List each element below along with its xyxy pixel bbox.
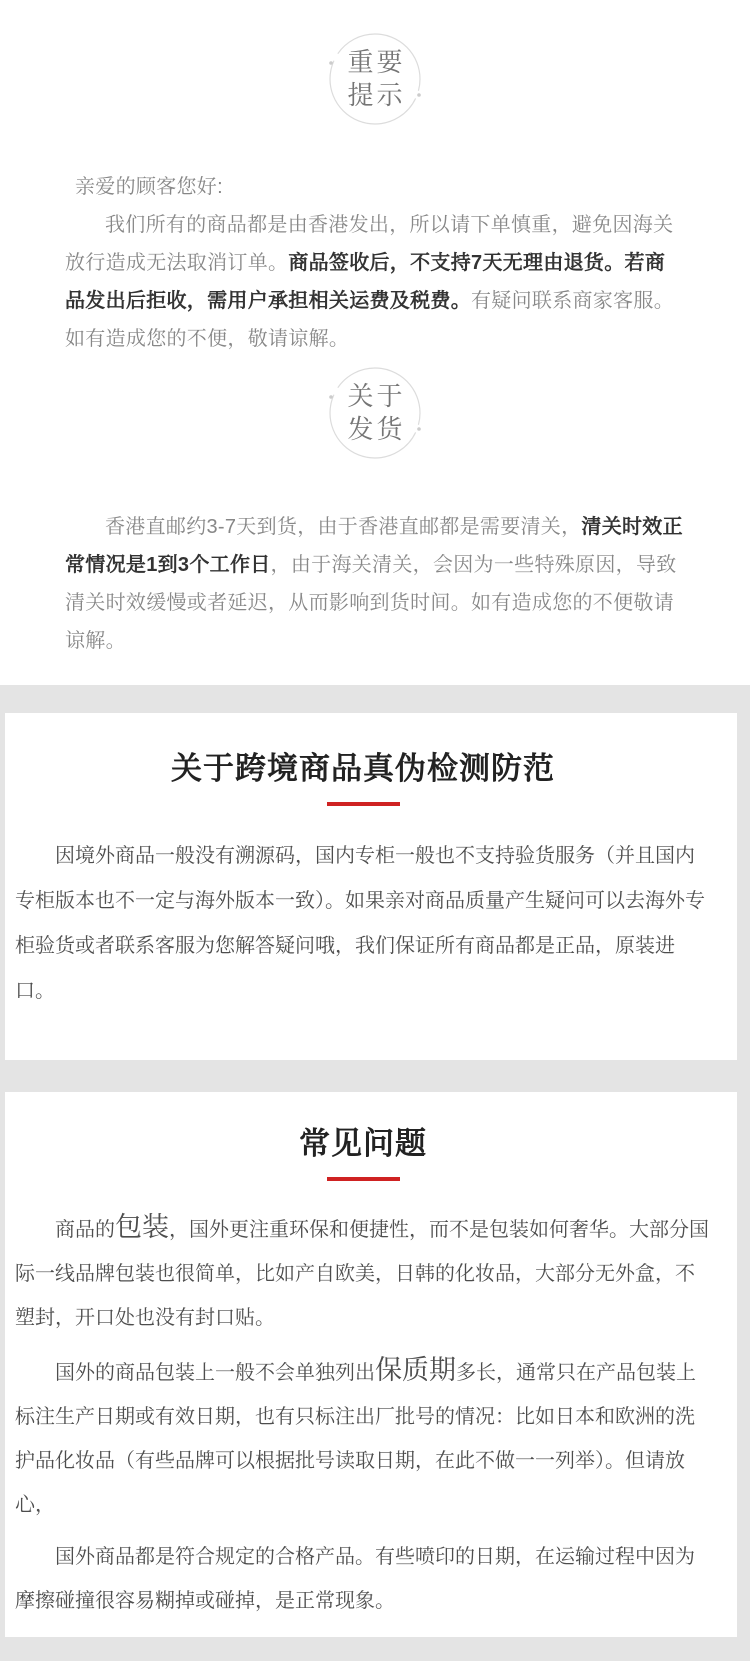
- important-notice-badge: 重要 提示: [326, 30, 424, 128]
- badge-line: 重要: [344, 46, 405, 79]
- faq-keyword-packaging: 包装: [115, 1212, 169, 1242]
- badge-label: 重要 提示: [326, 30, 424, 128]
- shipping-paragraph: 香港直邮约3-7天到货，由于香港直邮都是需要清关，清关时效正常情况是1到3个工作…: [65, 508, 685, 660]
- notice-section: 重要 提示 亲爱的顾客您好: 我们所有的商品都是由香港发出，所以请下单慎重，避免…: [0, 0, 750, 660]
- faq-paragraph-packaging: 商品的包装，国外更注重环保和便捷性，而不是包装如何奢华。大部分国际一线品牌包装也…: [15, 1205, 711, 1340]
- faq-text: 多长，通常只在产品包装上标注生产日期或有效日期，也有只标注出厂批号的情况：比如日…: [15, 1362, 696, 1516]
- faq-body: 商品的包装，国外更注重环保和便捷性，而不是包装如何奢华。大部分国际一线品牌包装也…: [15, 1205, 711, 1623]
- customer-notice-text: 亲爱的顾客您好: 我们所有的商品都是由香港发出，所以请下单慎重，避免因海关放行造…: [65, 168, 685, 358]
- badge-label: 关于 发货: [326, 364, 424, 462]
- badge-line: 发货: [344, 413, 405, 446]
- faq-card: 常见问题 商品的包装，国外更注重环保和便捷性，而不是包装如何奢华。大部分国际一线…: [5, 1092, 737, 1637]
- info-cards-panel: 关于跨境商品真伪检测防范 因境外商品一般没有溯源码，国内专柜一般也不支持验货服务…: [0, 685, 750, 1661]
- badge-line: 提示: [344, 79, 405, 112]
- faq-keyword-shelf-life: 保质期: [375, 1355, 456, 1385]
- shipping-badge: 关于 发货: [326, 364, 424, 462]
- authenticity-card: 关于跨境商品真伪检测防范 因境外商品一般没有溯源码，国内专柜一般也不支持验货服务…: [5, 713, 737, 1060]
- badge-line: 关于: [344, 380, 405, 413]
- notice-paragraph: 我们所有的商品都是由香港发出，所以请下单慎重，避免因海关放行造成无法取消订单。商…: [65, 206, 685, 358]
- authenticity-title: 关于跨境商品真伪检测防范: [15, 749, 711, 789]
- faq-text: 商品的: [55, 1219, 115, 1241]
- authenticity-body: 因境外商品一般没有溯源码，国内专柜一般也不支持验货服务（并且国内专柜版本也不一定…: [15, 834, 711, 1014]
- shipping-notice-text: 香港直邮约3-7天到货，由于香港直邮都是需要清关，清关时效正常情况是1到3个工作…: [65, 508, 685, 660]
- title-underline: [327, 802, 400, 806]
- greeting-line: 亲爱的顾客您好:: [65, 168, 685, 206]
- faq-text: 国外的商品包装上一般不会单独列出: [55, 1362, 375, 1384]
- faq-paragraph-shelf-life: 国外的商品包装上一般不会单独列出保质期多长，通常只在产品包装上标注生产日期或有效…: [15, 1348, 711, 1527]
- authenticity-paragraph: 因境外商品一般没有溯源码，国内专柜一般也不支持验货服务（并且国内专柜版本也不一定…: [15, 834, 711, 1014]
- shipping-text-normal: 香港直邮约3-7天到货，由于香港直邮都是需要清关，: [105, 516, 581, 538]
- faq-paragraph-dates: 国外商品都是符合规定的合格产品。有些喷印的日期，在运输过程中因为摩擦碰撞很容易糊…: [15, 1535, 711, 1623]
- title-underline: [327, 1177, 400, 1181]
- faq-title: 常见问题: [15, 1124, 711, 1164]
